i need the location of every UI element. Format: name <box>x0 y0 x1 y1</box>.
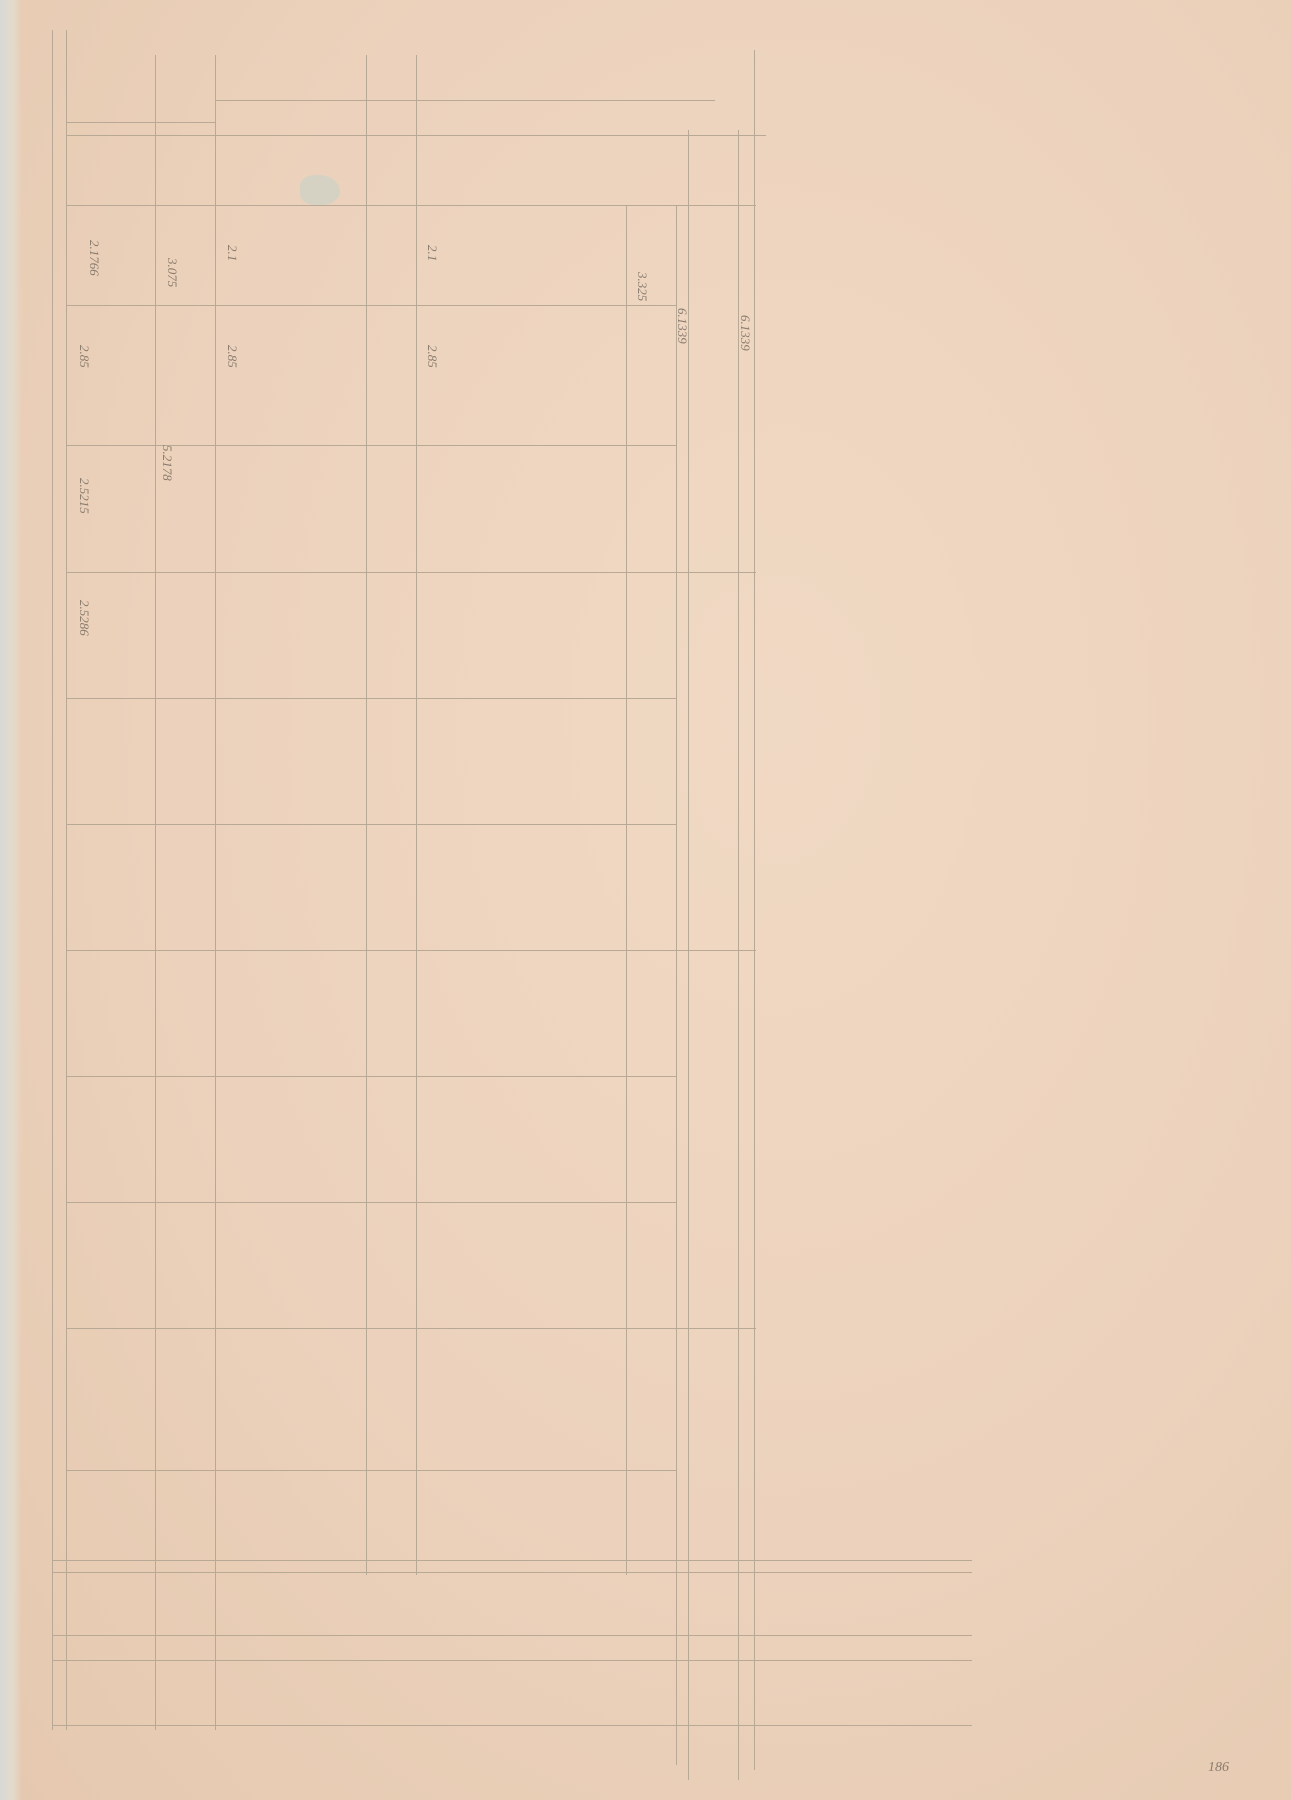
grid-line <box>754 50 755 1770</box>
grid-line <box>66 572 756 573</box>
annotation: 3.075 <box>164 258 180 287</box>
grid-line <box>215 100 715 101</box>
grid-line <box>66 1076 676 1077</box>
grid-line <box>366 55 367 1575</box>
annotation: 6.1339 <box>737 315 753 351</box>
grid-line <box>676 205 677 1765</box>
torn-edge <box>0 0 22 1800</box>
grid-line <box>66 122 216 123</box>
grid-line <box>66 445 676 446</box>
grid-line <box>52 1560 972 1561</box>
grid-line <box>52 1660 972 1661</box>
grid-line <box>66 305 676 306</box>
grid-line <box>66 30 67 1730</box>
grid-line <box>155 55 156 1730</box>
grid-line <box>66 824 676 825</box>
grid-line <box>215 55 216 1730</box>
grid-line <box>66 1328 756 1329</box>
water-stain <box>300 175 340 205</box>
paper-sheet: 2.1766 2.85 2.5215 2.5286 3.075 5.2178 2… <box>0 0 1291 1800</box>
grid-line <box>66 205 756 206</box>
grid-line <box>738 130 739 1780</box>
annotation: 2.1 <box>424 245 440 261</box>
annotation: 2.5286 <box>76 600 92 636</box>
grid-line <box>66 1470 676 1471</box>
grid-line <box>52 1572 972 1573</box>
annotation: 6.1339 <box>674 308 690 344</box>
grid-line <box>52 1635 972 1636</box>
grid-line <box>52 1725 972 1726</box>
annotation: 5.2178 <box>159 445 175 481</box>
grid-line <box>66 1202 676 1203</box>
annotation: 2.85 <box>224 345 240 368</box>
annotation: 2.1766 <box>86 240 102 276</box>
annotation: 3.325 <box>634 272 650 301</box>
grid-line <box>66 950 756 951</box>
grid-line <box>626 205 627 1575</box>
annotation: 2.5215 <box>76 478 92 514</box>
grid-line <box>66 698 676 699</box>
annotation: 2.85 <box>76 345 92 368</box>
grid-line <box>688 130 689 1780</box>
annotation: 2.1 <box>224 245 240 261</box>
page-number: 186 <box>1208 1760 1229 1776</box>
grid-line <box>66 135 766 136</box>
grid-line <box>416 55 417 1575</box>
grid-line <box>52 30 53 1730</box>
annotation: 2.85 <box>424 345 440 368</box>
